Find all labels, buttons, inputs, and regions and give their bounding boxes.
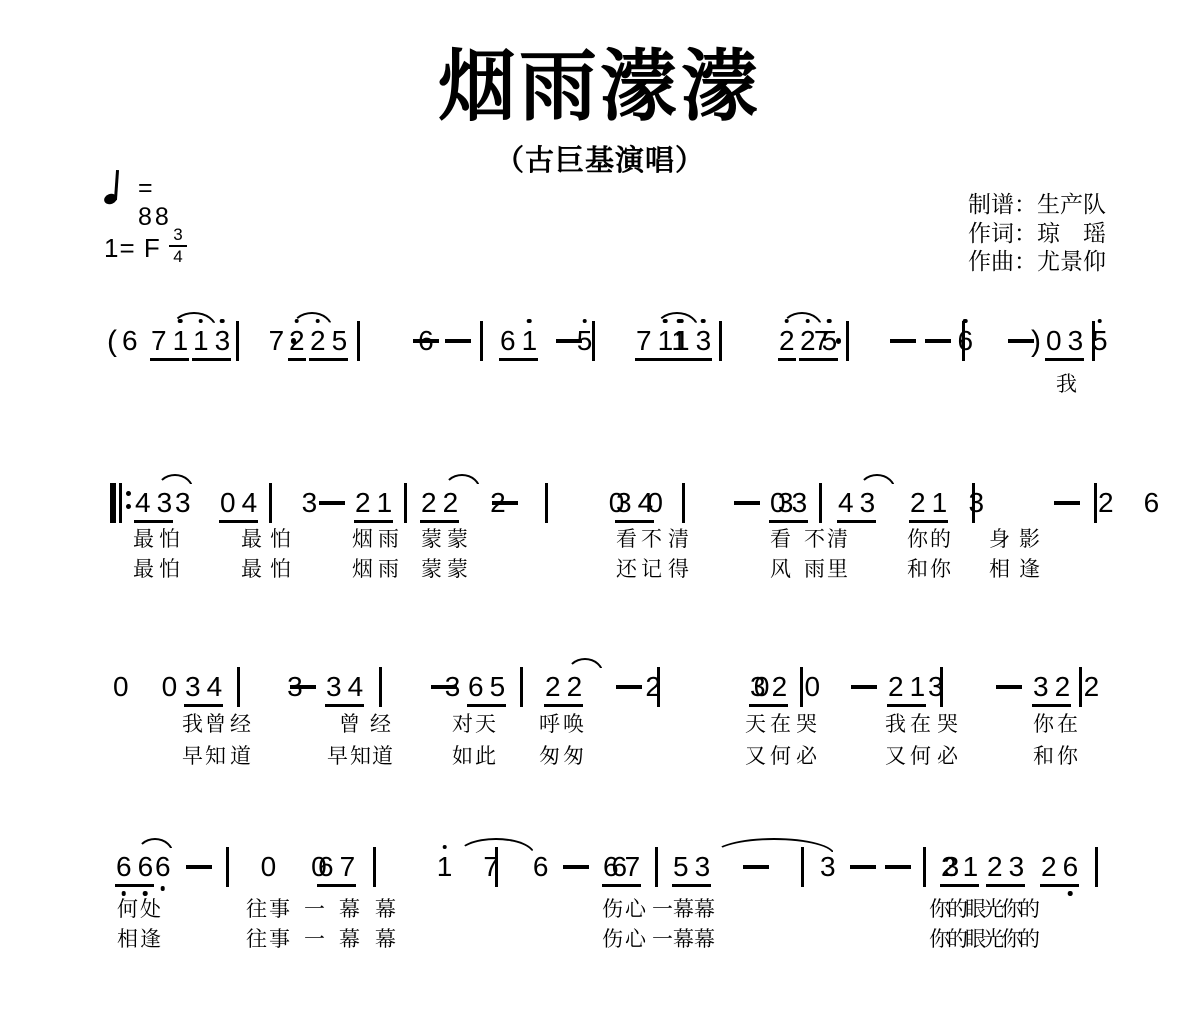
octave-dot-above <box>220 319 225 324</box>
note: 2 <box>289 326 305 356</box>
lyric-syllable: 幕 <box>339 898 360 921</box>
time-signature-bottom: 4 <box>168 247 188 266</box>
beam-group: 21 <box>887 672 926 707</box>
octave-dot-below <box>143 891 148 896</box>
note: 2 <box>987 852 1003 882</box>
note: 1 <box>193 326 209 356</box>
note: 4 <box>638 488 654 518</box>
lyric-syllable: 烟 <box>352 528 373 551</box>
lyric-syllable: 的 <box>1019 928 1040 951</box>
note: 2 <box>567 672 583 702</box>
lyric-syllable: 看 <box>616 528 637 551</box>
lyric-syllable: 幕 <box>375 898 396 921</box>
lyric-syllable: 一 <box>304 928 325 951</box>
note: 2 <box>1098 488 1114 518</box>
note: 2 <box>941 852 957 882</box>
barline <box>800 667 803 707</box>
octave-dot-above <box>827 319 832 324</box>
lyric-syllable: 烟 <box>352 558 373 581</box>
note: 2 <box>1041 852 1057 882</box>
duration-dash <box>492 501 518 505</box>
note: 3 <box>302 488 318 518</box>
beam-group: 2 <box>778 326 796 361</box>
lyric-syllable: 幕 <box>694 928 715 951</box>
duration-dash <box>431 685 457 689</box>
beam-group: 53 <box>672 852 711 887</box>
slur-arc <box>291 312 333 329</box>
lyric-syllable: 又 <box>745 745 766 768</box>
beam-group: 23 <box>986 852 1025 887</box>
beam-group: 67 <box>602 852 641 887</box>
note: 3 <box>792 488 808 518</box>
lyric-syllable: 不 <box>804 528 825 551</box>
duration-dash <box>734 501 760 505</box>
lyric-syllable: 早 <box>182 745 203 768</box>
note: 2 <box>310 326 326 356</box>
lyric-syllable: 哭 <box>937 713 958 736</box>
credits-block: 制谱：生产队 作词：琼 瑶 作曲：尤景仰 <box>968 190 1106 276</box>
credit-arranger: 制谱：生产队 <box>968 190 1106 219</box>
barline <box>655 847 658 887</box>
duration-dash <box>445 339 471 343</box>
barline <box>719 321 722 361</box>
slur-arc <box>457 838 535 855</box>
barline <box>682 483 685 523</box>
barline <box>357 321 360 361</box>
barline <box>269 483 272 523</box>
lyric-syllable: 呼 <box>539 713 560 736</box>
note: 4 <box>348 672 364 702</box>
barline <box>373 847 376 887</box>
note: 6 <box>155 852 171 882</box>
duration-dash <box>851 685 877 689</box>
beam-group: 13 <box>192 326 231 361</box>
lyric-syllable: 我 <box>885 713 906 736</box>
lyric-syllable: 蒙 <box>447 558 468 581</box>
duration-dash <box>925 339 951 343</box>
beam-group: 04 <box>219 488 258 523</box>
lyric-syllable: 如 <box>452 745 473 768</box>
lyric-syllable: 幕 <box>694 898 715 921</box>
barline <box>846 321 849 361</box>
quarter-note-icon <box>104 168 128 206</box>
lyric-syllable: 影 <box>1019 528 1040 551</box>
duration-dash <box>616 685 642 689</box>
slur-arc <box>655 312 699 329</box>
lyric-syllable: 最 <box>241 528 262 551</box>
barline <box>962 321 965 361</box>
lyric-syllable: 还 <box>616 558 637 581</box>
barline <box>520 667 523 707</box>
music-line-4: 66600671766675333212326何处往事一幕幕伤心一幕幕你的眼光你… <box>0 852 1200 982</box>
lyric-syllable: 唤 <box>563 713 584 736</box>
beam-group: 21 <box>909 488 948 523</box>
beam-group: 32 <box>749 672 788 707</box>
note: 2 <box>910 488 926 518</box>
lyric-syllable: 不 <box>641 528 662 551</box>
beam-group: 61 <box>499 326 538 361</box>
note: 2 <box>800 326 816 356</box>
lyric-syllable: 事 <box>269 928 290 951</box>
note: 5 <box>332 326 348 356</box>
duration-dash <box>186 865 212 869</box>
note: 4 <box>207 672 223 702</box>
music-line-3: 00343343652220032321232我曾经曾经对天呼唤天在哭我在哭你在… <box>0 672 1200 802</box>
note: 2 <box>443 488 459 518</box>
note: 3 <box>616 488 632 518</box>
song-title: 烟雨濛濛 <box>0 44 1200 130</box>
note: 7 <box>636 326 652 356</box>
note: 3 <box>750 672 766 702</box>
beam-group: 71 <box>635 326 674 361</box>
music-line-1: (671137225661517113722565)03我 <box>0 326 1200 456</box>
lyric-syllable: 蒙 <box>421 528 442 551</box>
music-line-2: 4330432122200343034332126最怕最怕烟雨蒙蒙看不清看不清你… <box>0 488 1200 618</box>
note: 0 <box>770 488 786 518</box>
barline <box>592 321 595 361</box>
lyric-syllable: 知 <box>350 745 371 768</box>
note: 3 <box>215 326 231 356</box>
note: 1 <box>963 852 979 882</box>
lyric-syllable: 何 <box>117 898 138 921</box>
note: 6 <box>500 326 516 356</box>
time-signature: 3 4 <box>168 225 188 266</box>
close-paren: ) <box>1031 326 1041 358</box>
barline <box>819 483 822 523</box>
note: 2 <box>1055 672 1071 702</box>
note: 1 <box>674 326 690 356</box>
note: 1 <box>658 326 674 356</box>
note: 1 <box>377 488 393 518</box>
slur-arc <box>713 838 835 855</box>
lyric-syllable: 你 <box>907 528 928 551</box>
duration-dash <box>885 865 911 869</box>
note: 2 <box>545 672 561 702</box>
note: 0 <box>162 672 178 702</box>
beam-group: 66 <box>115 852 154 887</box>
beam-group: 43 <box>837 488 876 523</box>
note: 5 <box>673 852 689 882</box>
lyric-syllable: 伤 <box>602 898 623 921</box>
sheet-music-page: { "title": "烟雨濛濛", "subtitle": "（古巨基演唱）"… <box>0 0 1200 1018</box>
barline <box>1092 321 1095 361</box>
beam-group: 67 <box>317 852 356 887</box>
note: 7 <box>151 326 167 356</box>
slur-arc <box>566 658 604 675</box>
repeat-start-sign <box>110 483 134 523</box>
slur-arc <box>156 474 194 491</box>
beam-group: 25 <box>309 326 348 361</box>
note: 6 <box>122 326 138 356</box>
note: 2 <box>888 672 904 702</box>
duration-dash <box>890 339 916 343</box>
lyric-syllable: 看 <box>770 528 791 551</box>
barline <box>1079 667 1082 707</box>
note: 6 <box>957 326 973 356</box>
note: 3 <box>175 488 191 518</box>
lyric-syllable: 和 <box>1033 745 1054 768</box>
lyric-syllable: 匆 <box>563 745 584 768</box>
slur-arc <box>858 474 896 491</box>
lyric-syllable: 你 <box>1033 713 1054 736</box>
note: 2 <box>772 672 788 702</box>
barline <box>226 847 229 887</box>
beam-group: 34 <box>615 488 654 523</box>
lyric-syllable: 清 <box>827 528 848 551</box>
octave-dot-below <box>1068 891 1073 896</box>
lyric-syllable: 往 <box>246 898 267 921</box>
note: 6 <box>116 852 132 882</box>
lyric-syllable: 哭 <box>796 713 817 736</box>
lyric-syllable: 匆 <box>539 745 560 768</box>
octave-dot-above <box>582 319 587 324</box>
duration-dash <box>563 865 589 869</box>
repeat-bar <box>110 483 116 523</box>
note: 7 <box>625 852 641 882</box>
repeat-dot <box>126 504 131 509</box>
note: 3 <box>695 852 711 882</box>
lyric-syllable: 怕 <box>270 558 291 581</box>
slur-arc <box>443 474 481 491</box>
barline <box>545 483 548 523</box>
beam-group: 71 <box>150 326 189 361</box>
beam-group: 21 <box>354 488 393 523</box>
lyric-syllable: 何 <box>770 745 791 768</box>
lyric-syllable: 蒙 <box>447 528 468 551</box>
credit-composer: 作曲：尤景仰 <box>968 247 1106 276</box>
note: 4 <box>135 488 151 518</box>
lyric-syllable: 一 <box>652 928 673 951</box>
lyric-syllable: 往 <box>246 928 267 951</box>
note: 1 <box>437 852 453 882</box>
note: 3 <box>185 672 201 702</box>
lyric-syllable: 的 <box>1019 898 1040 921</box>
lyric-syllable: 的 <box>930 528 951 551</box>
barline <box>940 667 943 707</box>
lyric-syllable: 风 <box>770 558 791 581</box>
beam-group: 03 <box>1045 326 1084 361</box>
barline <box>404 483 407 523</box>
lyric-syllable: 怕 <box>270 528 291 551</box>
note: 1 <box>173 326 189 356</box>
octave-dot-above <box>527 319 532 324</box>
lyric-syllable: 你 <box>930 558 951 581</box>
note: 6 <box>468 672 484 702</box>
slur-arc <box>781 312 823 329</box>
beam-group: 21 <box>940 852 979 887</box>
beam-group: 13 <box>673 326 712 361</box>
note: 3 <box>1033 672 1049 702</box>
lyric-syllable: 在 <box>910 713 931 736</box>
beam-group: 22 <box>544 672 583 707</box>
duration-dash <box>850 865 876 869</box>
lyric-syllable: 在 <box>1057 713 1078 736</box>
barline <box>237 667 240 707</box>
note: 2 <box>421 488 437 518</box>
lyric-syllable: 我 <box>1056 373 1077 396</box>
lyric-syllable: 何 <box>910 745 931 768</box>
lyric-syllable: 幕 <box>375 928 396 951</box>
lyric-syllable: 和 <box>907 558 928 581</box>
lyric-syllable: 对 <box>452 713 473 736</box>
lyric-syllable: 必 <box>937 745 958 768</box>
note: 3 <box>820 852 836 882</box>
repeat-bar <box>119 483 122 523</box>
duration-dash <box>996 685 1022 689</box>
note: 6 <box>1063 852 1079 882</box>
duration-dash <box>413 339 439 343</box>
beam-group: 22 <box>420 488 459 523</box>
duration-dash <box>319 501 345 505</box>
lyric-syllable: 里 <box>827 558 848 581</box>
duration-dash <box>743 865 769 869</box>
slur-arc <box>136 838 174 855</box>
lyric-syllable: 我 <box>182 713 203 736</box>
note: 5 <box>490 672 506 702</box>
note: 3 <box>1009 852 1025 882</box>
lyric-syllable: 逢 <box>1019 558 1040 581</box>
barline <box>1094 483 1097 523</box>
note: 2 <box>1084 672 1100 702</box>
key-signature: 1= F 3 4 <box>104 233 161 264</box>
note: 6 <box>1144 488 1160 518</box>
lyric-syllable: 处 <box>140 898 161 921</box>
note: 0 <box>113 672 129 702</box>
beam-group: 2 <box>288 326 306 361</box>
lyric-syllable: 相 <box>117 928 138 951</box>
note: 7 <box>340 852 356 882</box>
octave-dot-above <box>1098 319 1103 324</box>
note: 6 <box>533 852 549 882</box>
repeat-dot <box>126 491 131 496</box>
duration-dash <box>1054 501 1080 505</box>
barline <box>236 321 239 361</box>
lyric-syllable: 在 <box>770 713 791 736</box>
lyric-syllable: 雨 <box>378 558 399 581</box>
note: 0 <box>220 488 236 518</box>
tempo-value: = 88 <box>138 174 172 232</box>
barline <box>923 847 926 887</box>
note: 4 <box>242 488 258 518</box>
lyric-syllable: 心 <box>625 928 646 951</box>
beam-group: 25 <box>799 326 838 361</box>
lyric-syllable: 逢 <box>140 928 161 951</box>
note: 6 <box>138 852 154 882</box>
note: 3 <box>968 488 984 518</box>
lyric-syllable: 曾 <box>339 713 360 736</box>
duration-dash <box>556 339 582 343</box>
lyric-syllable: 道 <box>230 745 251 768</box>
note: 0 <box>1046 326 1062 356</box>
lyric-syllable: 曾 <box>205 713 226 736</box>
octave-dot-below <box>121 891 126 896</box>
slur-arc <box>171 312 217 329</box>
lyric-syllable: 天 <box>475 713 496 736</box>
note: 3 <box>1068 326 1084 356</box>
key-tonic: 1= F <box>104 233 161 263</box>
lyric-syllable: 必 <box>796 745 817 768</box>
lyric-syllable: 经 <box>370 713 391 736</box>
barline <box>1095 847 1098 887</box>
lyric-syllable: 幕 <box>673 898 694 921</box>
lyric-syllable: 天 <box>745 713 766 736</box>
note: 3 <box>696 326 712 356</box>
lyric-syllable: 身 <box>989 528 1010 551</box>
lyric-syllable: 最 <box>133 528 154 551</box>
note: 6 <box>318 852 334 882</box>
note: 5 <box>822 326 838 356</box>
lyric-syllable: 一 <box>304 898 325 921</box>
lyric-syllable: 得 <box>668 558 689 581</box>
octave-dot-above <box>442 845 447 850</box>
lyric-syllable: 又 <box>885 745 906 768</box>
lyric-syllable: 清 <box>668 528 689 551</box>
lyric-syllable: 最 <box>241 558 262 581</box>
lyric-syllable: 雨 <box>378 528 399 551</box>
note: 1 <box>932 488 948 518</box>
lyric-syllable: 你 <box>1057 745 1078 768</box>
note: 2 <box>779 326 795 356</box>
note: 3 <box>326 672 342 702</box>
note: 7 <box>269 326 285 356</box>
lyric-syllable: 道 <box>372 745 393 768</box>
octave-dot-above <box>701 319 706 324</box>
lyric-syllable: 记 <box>641 558 662 581</box>
lyric-syllable: 相 <box>989 558 1010 581</box>
lyric-syllable: 伤 <box>602 928 623 951</box>
note: 1 <box>522 326 538 356</box>
duration-dash <box>290 685 316 689</box>
note: 3 <box>860 488 876 518</box>
lyric-syllable: 幕 <box>339 928 360 951</box>
octave-dot-below <box>160 886 165 891</box>
beam-group: 26 <box>1040 852 1079 887</box>
open-paren: ( <box>107 326 117 358</box>
note: 0 <box>804 672 820 702</box>
note: 3 <box>157 488 173 518</box>
barline <box>480 321 483 361</box>
credit-lyricist: 作词：琼 瑶 <box>968 219 1106 248</box>
note: 0 <box>261 852 277 882</box>
barline <box>379 667 382 707</box>
note: 1 <box>910 672 926 702</box>
barline <box>657 667 660 707</box>
time-signature-top: 3 <box>168 225 188 244</box>
lyric-syllable: 怕 <box>159 558 180 581</box>
lyric-syllable: 早 <box>327 745 348 768</box>
note: 4 <box>838 488 854 518</box>
note: 2 <box>355 488 371 518</box>
beam-group: 65 <box>467 672 506 707</box>
lyric-syllable: 心 <box>625 898 646 921</box>
lyric-syllable: 事 <box>269 898 290 921</box>
song-subtitle: （古巨基演唱） <box>0 138 1200 179</box>
lyric-syllable: 最 <box>133 558 154 581</box>
lyric-syllable: 一 <box>652 898 673 921</box>
lyric-syllable: 此 <box>475 745 496 768</box>
beam-group: 34 <box>325 672 364 707</box>
beam-group: 32 <box>1032 672 1071 707</box>
lyric-syllable: 知 <box>205 745 226 768</box>
beam-group: 03 <box>769 488 808 523</box>
beam-group: 43 <box>134 488 173 523</box>
note: 6 <box>603 852 619 882</box>
lyric-syllable: 怕 <box>159 528 180 551</box>
barline <box>972 483 975 523</box>
lyric-syllable: 幕 <box>673 928 694 951</box>
lyric-syllable: 雨 <box>804 558 825 581</box>
lyric-syllable: 蒙 <box>421 558 442 581</box>
